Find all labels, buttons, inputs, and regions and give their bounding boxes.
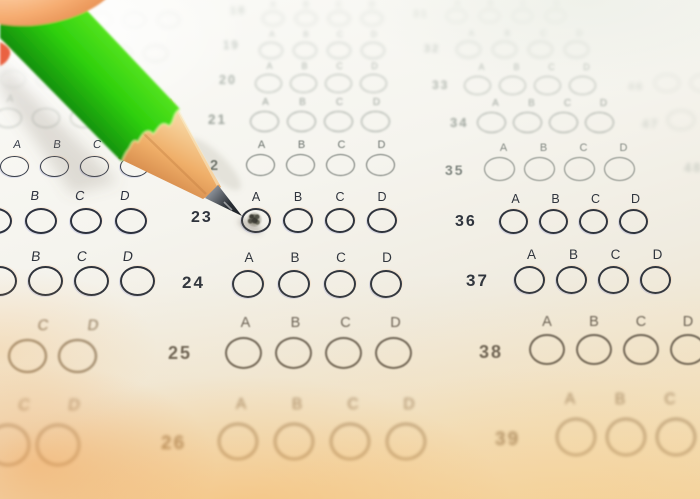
answer-bubble <box>690 74 700 92</box>
choice-label-D: D <box>377 191 386 204</box>
answer-bubble-A <box>477 112 506 133</box>
choice-label-C: C <box>336 62 343 71</box>
choice-label-A: A <box>241 316 251 331</box>
answer-bubble-A <box>255 74 282 93</box>
choice-label-D: D <box>121 249 133 263</box>
choice-label-C: C <box>591 193 600 206</box>
answer-bubble <box>107 45 132 62</box>
answer-bubble-C <box>324 270 356 298</box>
choice-label-A: A <box>478 63 484 72</box>
answer-bubble-C <box>326 154 355 176</box>
choice-label-A: A <box>270 1 275 9</box>
answer-bubble-C <box>80 156 109 177</box>
choice-label-C: C <box>92 140 102 152</box>
choice-label-D: D <box>554 0 560 8</box>
choice-label-D: D <box>583 63 590 72</box>
question-number: 34 <box>450 116 468 129</box>
answer-bubble-A <box>262 11 284 26</box>
answer-bubble-D <box>375 337 412 369</box>
answer-bubble-D <box>564 41 589 58</box>
answer-bubble-A <box>499 209 528 234</box>
choice-label-D: D <box>620 143 628 154</box>
choice-label-C: C <box>540 29 546 38</box>
answer-bubble-D <box>36 424 80 466</box>
answer-bubble-B <box>513 112 542 133</box>
answer-bubble-C <box>534 76 561 95</box>
choice-label-B: B <box>488 0 493 8</box>
answer-bubble <box>143 45 168 62</box>
choice-label-A: A <box>511 193 519 206</box>
choice-label-C: C <box>636 315 646 330</box>
answer-bubble-D <box>545 9 566 23</box>
answer-bubble-D <box>670 334 700 365</box>
answer-bubble-B <box>278 270 310 298</box>
choice-label-B: B <box>589 315 599 330</box>
answer-bubble-B <box>290 74 317 93</box>
choice-label-A: A <box>565 392 575 408</box>
answer-bubble-B <box>556 266 587 294</box>
answer-bubble-D <box>120 266 155 296</box>
question-number: 18 <box>230 6 246 17</box>
choice-label-D: D <box>382 251 392 265</box>
answer-bubble-C <box>328 11 350 26</box>
answer-bubble-B <box>492 41 517 58</box>
answer-bubble-A <box>556 418 596 456</box>
answer-bubble-A <box>464 76 491 95</box>
answer-bubble-C <box>330 423 370 460</box>
question-number: 48 <box>684 161 700 174</box>
choice-label-C: C <box>548 63 555 72</box>
answer-bubble-C <box>0 424 30 466</box>
answer-bubble-A <box>514 266 545 294</box>
answer-bubble-B <box>286 154 315 176</box>
question-number: 32 <box>424 44 440 55</box>
choice-label-C: C <box>664 392 675 408</box>
question-number: 46 <box>628 82 644 93</box>
choice-label-D: D <box>67 398 81 414</box>
answer-bubble <box>72 70 98 88</box>
answer-bubble-A <box>484 157 515 181</box>
choice-label-D: D <box>653 248 663 262</box>
answer-bubble-C <box>325 337 362 369</box>
choice-label-A: A <box>266 62 272 71</box>
answer-bubble-C <box>325 74 352 93</box>
answer-bubble-C <box>564 157 595 181</box>
question-number: 35 <box>445 163 465 177</box>
bubble-grid: AABCBCDBCDCDCD18ABCD19ABCD20ABCD21ABCD2A… <box>0 0 700 499</box>
answer-bubble-C <box>512 9 533 23</box>
answer-bubble-B <box>40 156 69 177</box>
choice-label-A: A <box>262 98 269 108</box>
question-number: 21 <box>208 113 227 127</box>
answer-bubble-A <box>225 337 262 369</box>
answer-bubble-A <box>456 41 481 58</box>
answer-bubble-C <box>324 111 353 132</box>
answer-bubble-D <box>361 11 383 26</box>
answer-bubble-C <box>528 41 553 58</box>
choice-label-B: B <box>298 140 305 151</box>
answer-bubble <box>32 108 60 128</box>
answer-bubble-A <box>232 270 264 298</box>
answer-bubble-B <box>293 42 317 59</box>
choice-label-C: C <box>337 30 343 39</box>
answer-bubble-D <box>115 208 147 234</box>
answer-bubble-D <box>585 112 614 133</box>
choice-label-A: A <box>492 99 499 109</box>
answer-bubble-D <box>619 209 648 234</box>
answer-bubble-B <box>524 157 555 181</box>
choice-label-C: C <box>17 398 31 414</box>
answer-bubble <box>0 70 26 88</box>
choice-label-D: D <box>373 98 380 108</box>
choice-label-D: D <box>683 315 693 330</box>
choice-label-B: B <box>505 29 511 38</box>
question-number: 20 <box>219 74 237 87</box>
answer-bubble-C <box>598 266 629 294</box>
choice-label-D: D <box>600 99 607 109</box>
answer-bubble-C <box>656 418 696 456</box>
choice-label-A: A <box>12 140 21 152</box>
answer-bubble <box>123 12 146 28</box>
choice-label-A: A <box>269 30 275 39</box>
choice-label-D: D <box>369 1 375 9</box>
choice-label-A: A <box>236 397 246 413</box>
answer-bubble-C <box>70 208 102 234</box>
question-number: 31 <box>413 9 429 20</box>
answer-bubble-C <box>8 339 47 373</box>
choice-label-C: C <box>340 316 350 331</box>
choice-label-B: B <box>303 30 309 39</box>
choice-label-B: B <box>291 316 301 331</box>
answer-bubble-A <box>446 9 467 23</box>
choice-label-C: C <box>75 249 87 263</box>
question-number: 2 <box>210 159 220 174</box>
answer-bubble <box>36 70 62 88</box>
answer-bubble-B <box>274 423 314 460</box>
answer-bubble-C <box>325 208 355 233</box>
question-number: 38 <box>479 343 503 361</box>
question-number: 23 <box>191 210 213 226</box>
choice-label-B: B <box>528 99 535 109</box>
choice-label-C: C <box>36 318 49 333</box>
choice-label-D: D <box>86 318 99 333</box>
answer-bubble-A <box>250 111 279 132</box>
choice-label-B: B <box>299 98 306 108</box>
choice-label-C: C <box>347 397 358 413</box>
choice-label-C: C <box>580 143 588 154</box>
choice-label-D: D <box>576 29 582 38</box>
choice-label-A: A <box>6 94 14 105</box>
choice-label-A: A <box>527 248 536 262</box>
answer-bubble-B <box>25 208 57 234</box>
answer-bubble-D <box>361 42 385 59</box>
answer-bubble-C <box>579 209 608 234</box>
choice-label-C: C <box>564 99 571 109</box>
answer-bubble <box>157 12 180 28</box>
choice-label-C: C <box>335 191 344 204</box>
answer-bubble <box>0 208 12 234</box>
choice-label-A: A <box>252 191 260 204</box>
choice-label-B: B <box>540 143 547 154</box>
answer-bubble <box>70 108 98 128</box>
choice-label-D: D <box>403 397 414 413</box>
answer-bubble-B <box>283 208 313 233</box>
question-number: 25 <box>168 344 192 362</box>
answer-bubble <box>0 266 17 296</box>
choice-label-C: C <box>336 98 343 108</box>
answer-bubble-D <box>367 208 397 233</box>
answer-bubble-C <box>327 42 351 59</box>
answer-bubble-B <box>275 337 312 369</box>
answer-bubble <box>55 12 78 28</box>
question-number: 24 <box>182 274 205 291</box>
answer-bubble-C <box>623 334 659 365</box>
answer-bubble-D <box>370 270 402 298</box>
choice-label-A: A <box>469 29 475 38</box>
choice-label-B: B <box>513 63 519 72</box>
answer-bubble-C <box>549 112 578 133</box>
choice-label-A: A <box>244 251 253 265</box>
choice-label-B: B <box>52 140 61 152</box>
answer-bubble-B <box>606 418 646 456</box>
answer-bubble <box>667 110 695 130</box>
answer-bubble-D <box>386 423 426 460</box>
choice-label-C: C <box>611 248 621 262</box>
question-number: 39 <box>495 430 520 449</box>
choice-label-A: A <box>500 143 507 154</box>
question-number: 47 <box>642 118 659 130</box>
answer-bubble-D <box>58 339 97 373</box>
answer-bubble-D <box>360 74 387 93</box>
answer-bubble-A <box>259 42 283 59</box>
question-number: 19 <box>223 41 240 53</box>
answer-bubble-A <box>529 334 565 365</box>
choice-label-B: B <box>30 249 41 263</box>
choice-label-C: C <box>336 1 342 9</box>
answer-bubble-A <box>246 154 275 176</box>
answer-bubble <box>654 74 680 92</box>
choice-label-A: A <box>542 315 552 330</box>
choice-label-B: B <box>290 251 299 265</box>
choice-label-D: D <box>371 62 378 71</box>
question-number: 37 <box>466 272 489 289</box>
answer-bubble <box>35 45 60 62</box>
answer-bubble-B <box>28 266 63 296</box>
answer-bubble <box>120 156 149 177</box>
choice-label-D: D <box>390 316 400 331</box>
answer-bubble-A <box>0 108 22 128</box>
choice-label-D: D <box>378 140 386 151</box>
choice-label-B: B <box>615 392 625 408</box>
choice-label-B: B <box>30 189 40 202</box>
answer-bubble-B <box>479 9 500 23</box>
answer-bubble-C <box>74 266 109 296</box>
choice-label-B: B <box>294 191 302 204</box>
choice-label-B: B <box>292 397 302 413</box>
choice-label-D: D <box>371 30 377 39</box>
choice-label-B: B <box>303 1 308 9</box>
answer-bubble-A <box>241 208 271 233</box>
answer-bubble <box>89 12 112 28</box>
pencil-mark <box>245 211 264 229</box>
answer-bubble-D <box>640 266 671 294</box>
answer-bubble-D <box>569 76 596 95</box>
choice-label-C: C <box>521 0 527 8</box>
question-number: 36 <box>455 214 477 230</box>
answer-bubble-D <box>361 111 390 132</box>
question-number: 26 <box>161 434 186 453</box>
choice-label-B: B <box>301 62 307 71</box>
answer-bubble-D <box>366 154 395 176</box>
choice-label-B: B <box>551 193 559 206</box>
choice-label-C: C <box>338 140 346 151</box>
choice-label-D: D <box>631 193 640 206</box>
choice-label-A: A <box>455 0 460 8</box>
answer-bubble-B <box>499 76 526 95</box>
question-number: 33 <box>432 79 449 91</box>
choice-label-A: A <box>258 140 265 151</box>
answer-bubble-A <box>218 423 258 460</box>
answer-bubble-B <box>576 334 612 365</box>
choice-label-C: C <box>336 251 346 265</box>
choice-label-B: B <box>569 248 578 262</box>
answer-bubble <box>108 108 136 128</box>
answer-bubble-A <box>0 156 29 177</box>
answer-bubble-B <box>287 111 316 132</box>
choice-label-D: D <box>119 189 130 202</box>
answer-bubble-B <box>295 11 317 26</box>
answer-bubble <box>71 45 96 62</box>
answer-bubble-B <box>539 209 568 234</box>
answer-bubble-D <box>604 157 635 181</box>
answer-sheet-photo-scene: AABCBCDBCDCDCD18ABCD19ABCD20ABCD21ABCD2A… <box>0 0 700 499</box>
choice-label-C: C <box>74 189 85 202</box>
